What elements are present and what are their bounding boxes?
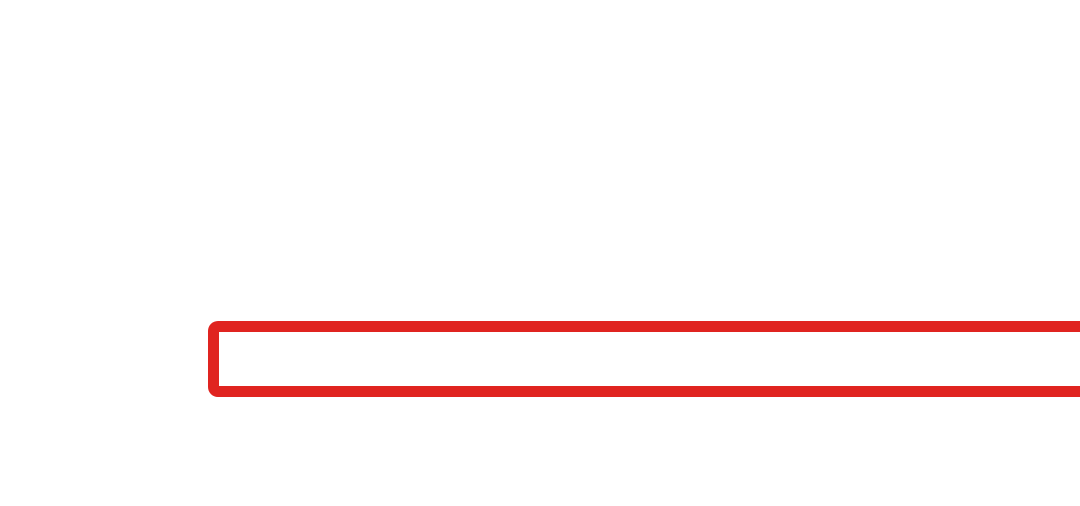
spreadsheet-award-table [0,0,1080,506]
highlight-box [208,321,1080,397]
